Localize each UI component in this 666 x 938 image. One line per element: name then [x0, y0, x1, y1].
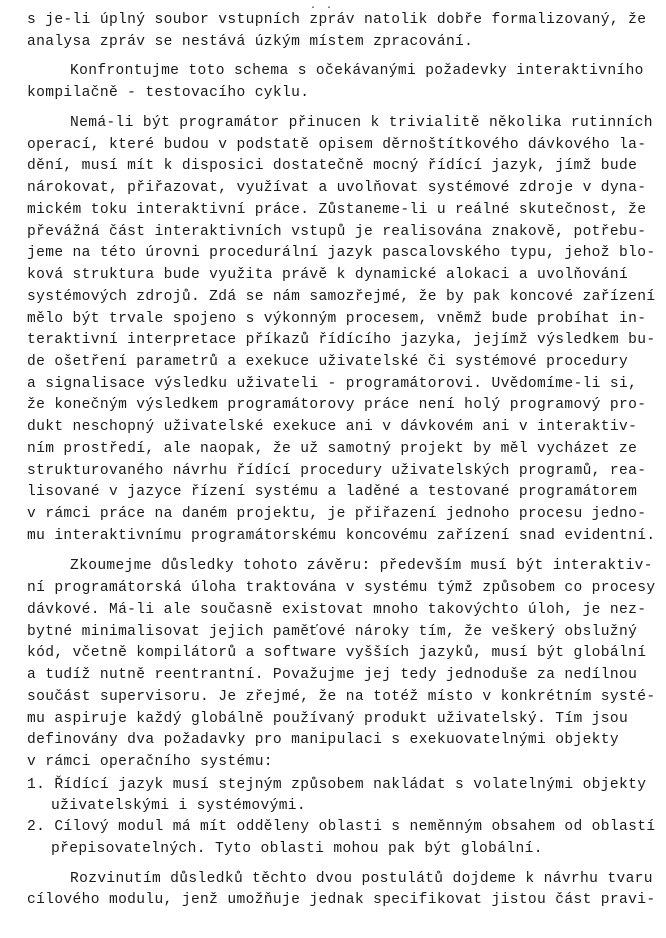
text-line: s je-li úplný soubor vstupních zpráv nat… [27, 11, 646, 29]
text-line: že konečným výsledkem programátorovy prá… [27, 396, 646, 414]
text-line: operací, které budou v podstatě opisem d… [27, 136, 646, 154]
text-line: lisované v jazyce řízení systému a laděn… [27, 483, 637, 501]
text-line: dění, musí mít k disposici dostatečně mo… [27, 157, 637, 175]
text-line: ním prostředí, ale naopak, že už samotný… [27, 440, 637, 458]
list-item-line: přepisovatelných. Tyto oblasti mohou pak… [51, 840, 543, 858]
text-line: ní programátorská úloha traktována v sys… [27, 579, 655, 597]
text-line: mělo být trvale spojeno s výkonným proce… [27, 310, 646, 328]
list-item-line: 1. Řídící jazyk musí stejným způsobem na… [27, 776, 646, 794]
text-line: mickém toku interaktivní práce. Zůstanem… [27, 201, 646, 219]
text-line: součást supervisoru. Je zřejmé, že na to… [27, 688, 655, 706]
list-item-line: uživatelskými i systémovými. [51, 797, 306, 815]
text-line: v rámci práce na daném projektu, je přiř… [27, 505, 646, 523]
text-line: dukt neschopný uživatelské exekuce ani v… [27, 418, 637, 436]
text-line: Nemá-li být programátor přinucen k trivi… [70, 114, 653, 132]
list-item-line: 2. Cílový modul má mít odděleny oblasti … [27, 818, 655, 836]
text-line: kód, včetně kompilátorů a software vyšší… [27, 644, 646, 662]
text-line: teraktivní interpretace příkazů řídícího… [27, 331, 655, 349]
text-line: ková struktura bude využita právě k dyna… [27, 266, 628, 284]
text-line: a signalisace výsledku uživateli - progr… [27, 375, 637, 393]
text-line: mu interaktivnímu programátorskému konco… [27, 527, 655, 545]
text-line: Rozvinutím důsledků těchto dvou postulát… [70, 870, 653, 888]
text-line: cílového modulu, jenž umožňuje jednak sp… [27, 891, 655, 909]
typewritten-page: · · s je-li úplný soubor vstupních zpráv… [0, 0, 666, 938]
text-line: de ošetření parametrů a exekuce uživatel… [27, 353, 628, 371]
text-line: kompilačně - testovacího cyklu. [27, 84, 309, 102]
text-line: definovány dva požadavky pro manipulaci … [27, 731, 619, 749]
text-line: převážná část interaktivních vstupů je r… [27, 223, 646, 241]
text-line: Zkoumejme důsledky tohoto závěru: předev… [70, 557, 653, 575]
text-line: analysa zpráv se nestává úzkým místem zp… [27, 33, 473, 51]
text-line: jeme na této úrovni procedurální jazyk p… [27, 244, 655, 262]
text-line: mu aspiruje každý globálně používaný pro… [27, 710, 628, 728]
text-line: Konfrontujme toto schema s očekávanými p… [70, 62, 644, 80]
text-line: dávkové. Má-li ale současně existovat mn… [27, 601, 646, 619]
text-line: systémových zdrojů. Zdá se nám samozřejm… [27, 288, 655, 306]
text-line: bytné minimalisovat jejich paměťové náro… [27, 623, 637, 641]
text-line: strukturovaného návrhu řídící procedury … [27, 462, 646, 480]
text-line: a tudíž nutně reentrantní. Považujme jej… [27, 666, 637, 684]
text-line: nárokovat, přiřazovat, využívat a uvolňo… [27, 179, 646, 197]
text-line: v rámci operačního systému: [27, 753, 273, 771]
